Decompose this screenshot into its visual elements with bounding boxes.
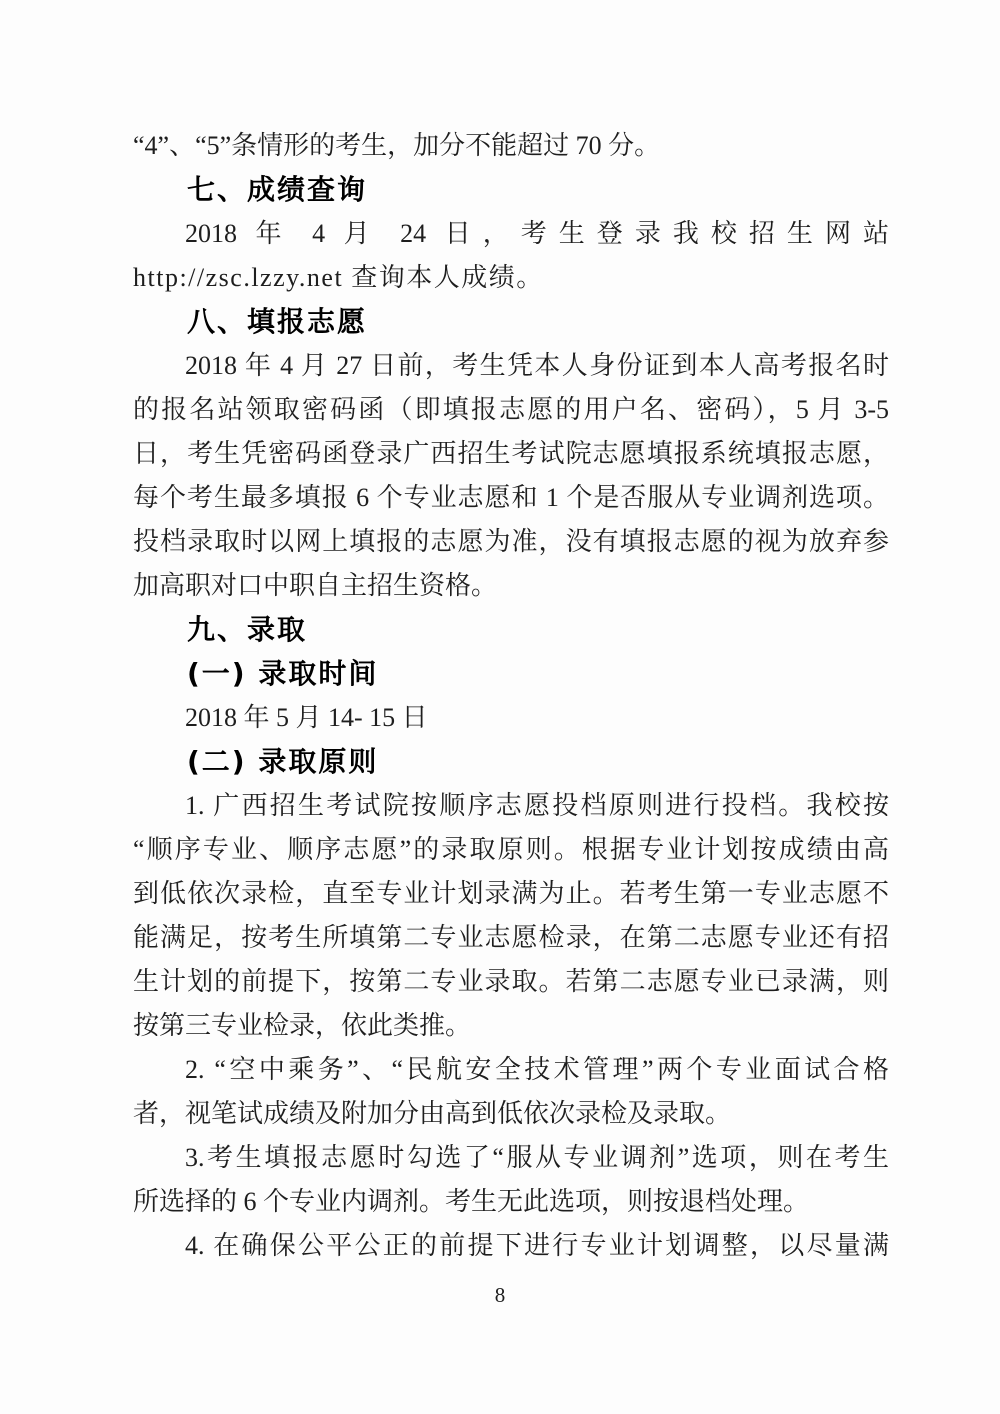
text-line: 2018 年 4 月 24 日，考生登录我校招生网站: [133, 212, 889, 256]
text-line: 按第三专业检录，依此类推。: [133, 1004, 889, 1048]
text-line-admission-dates: 2018 年 5 月 14- 15 日: [133, 696, 889, 740]
text-line: 的报名站领取密码函（即填报志愿的用户名、密码），5 月 3-5: [133, 388, 889, 432]
heading-admission-time: (一) 录取时间: [133, 652, 889, 696]
text-line: 1. 广西招生考试院按顺序志愿投档原则进行投档。我校按: [133, 784, 889, 828]
text-line: 投档录取时以网上填报的志愿为准，没有填报志愿的视为放弃参: [133, 520, 889, 564]
text-line: 2018 年 4 月 27 日前，考生凭本人身份证到本人高考报名时: [133, 344, 889, 388]
text-line: 日，考生凭密码函登录广西招生考试院志愿填报系统填报志愿，: [133, 432, 889, 476]
heading-admission-principles: (二) 录取原则: [133, 740, 889, 784]
text-line: 能满足，按考生所填第二专业志愿检录，在第二志愿专业还有招: [133, 916, 889, 960]
heading-section-9-admission: 九、录取: [133, 608, 889, 652]
text-line: 每个考生最多填报 6 个专业志愿和 1 个是否服从专业调剂选项。: [133, 476, 889, 520]
text-line: 加高职对口中职自主招生资格。: [133, 564, 889, 608]
text-line: “4”、“5”条情形的考生，加分不能超过 70 分。: [133, 124, 889, 168]
text-line: 生计划的前提下，按第二专业录取。若第二志愿专业已录满，则: [133, 960, 889, 1004]
text-line: 3.考生填报志愿时勾选了“服从专业调剂”选项，则在考生: [133, 1136, 889, 1180]
text-line: 到低依次录检，直至专业计划录满为止。若考生第一专业志愿不: [133, 872, 889, 916]
page-number: 8: [0, 1280, 1000, 1310]
text-line-url: http://zsc.lzzy.net 查询本人成绩。: [133, 256, 889, 300]
text-line: 4. 在确保公平公正的前提下进行专业计划调整，以尽量满: [133, 1224, 889, 1268]
heading-section-7-score-inquiry: 七、成绩查询: [133, 168, 889, 212]
heading-section-8-apply-preferences: 八、填报志愿: [133, 300, 889, 344]
text-line: 者，视笔试成绩及附加分由高到低依次录检及录取。: [133, 1092, 889, 1136]
document-body: “4”、“5”条情形的考生，加分不能超过 70 分。 七、成绩查询 2018 年…: [133, 124, 889, 1268]
text-line: 所选择的 6 个专业内调剂。考生无此选项，则按退档处理。: [133, 1180, 889, 1224]
text-line: “顺序专业、顺序志愿”的录取原则。根据专业计划按成绩由高: [133, 828, 889, 872]
document-page: “4”、“5”条情形的考生，加分不能超过 70 分。 七、成绩查询 2018 年…: [0, 0, 1000, 1414]
text-line: 2. “空中乘务”、“民航安全技术管理”两个专业面试合格: [133, 1048, 889, 1092]
